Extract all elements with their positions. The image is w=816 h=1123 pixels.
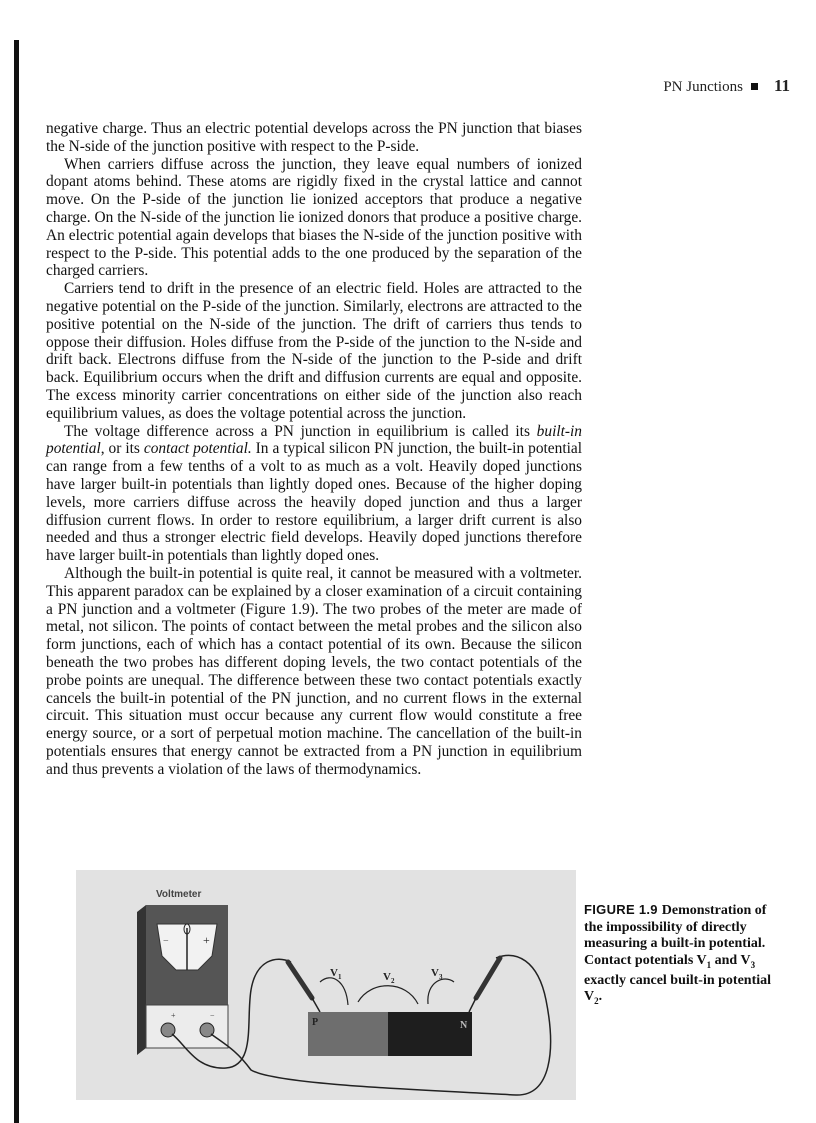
paragraph-2: When carriers diffuse across the junctio… [46,156,582,281]
square-bullet-icon [751,83,758,90]
paragraph-5: Although the built-in potential is quite… [46,565,582,779]
running-head: PN Junctions11 [600,76,790,96]
term-contact-potential: contact potential. [144,440,252,457]
p-region [308,1012,388,1056]
running-head-title: PN Junctions [663,79,743,95]
paragraph-3: Carriers tend to drift in the presence o… [46,280,582,422]
voltmeter-icon: − + + − [137,905,228,1055]
voltmeter-pn-junction-diagram: Voltmeter − + + − [76,870,576,1100]
caption-text: . [599,989,603,1004]
terminal-minus-label: − [210,1011,215,1020]
body-text: negative charge. Thus an electric potent… [46,120,582,778]
caption-text: exactly cancel built-in potential V [584,973,771,1005]
terminal-plus-label: + [171,1011,176,1020]
voltmeter-label: Voltmeter [156,889,201,900]
meter-plus-label: + [203,933,210,947]
paragraph-4-text: The voltage difference across a PN junct… [64,423,537,440]
paragraph-4: The voltage difference across a PN junct… [46,423,582,565]
figure-1-9: Voltmeter − + + − [76,870,576,1100]
page-number: 11 [774,76,790,95]
caption-subscript: 3 [751,959,756,969]
n-region [388,1012,472,1056]
paragraph-4-text: , or its [101,440,144,457]
scan-edge-bar [14,40,19,1123]
meter-minus-label: − [163,936,169,947]
figure-caption: FIGURE 1.9Demonstration of the impossibi… [584,902,784,1010]
paragraph-1: negative charge. Thus an electric potent… [46,120,582,156]
caption-text: and V [711,953,750,968]
figure-label: FIGURE 1.9 [584,902,658,917]
n-label: N [460,1020,468,1031]
p-label: P [312,1017,318,1028]
paragraph-4-text: In a typical silicon PN junction, the bu… [46,440,582,564]
